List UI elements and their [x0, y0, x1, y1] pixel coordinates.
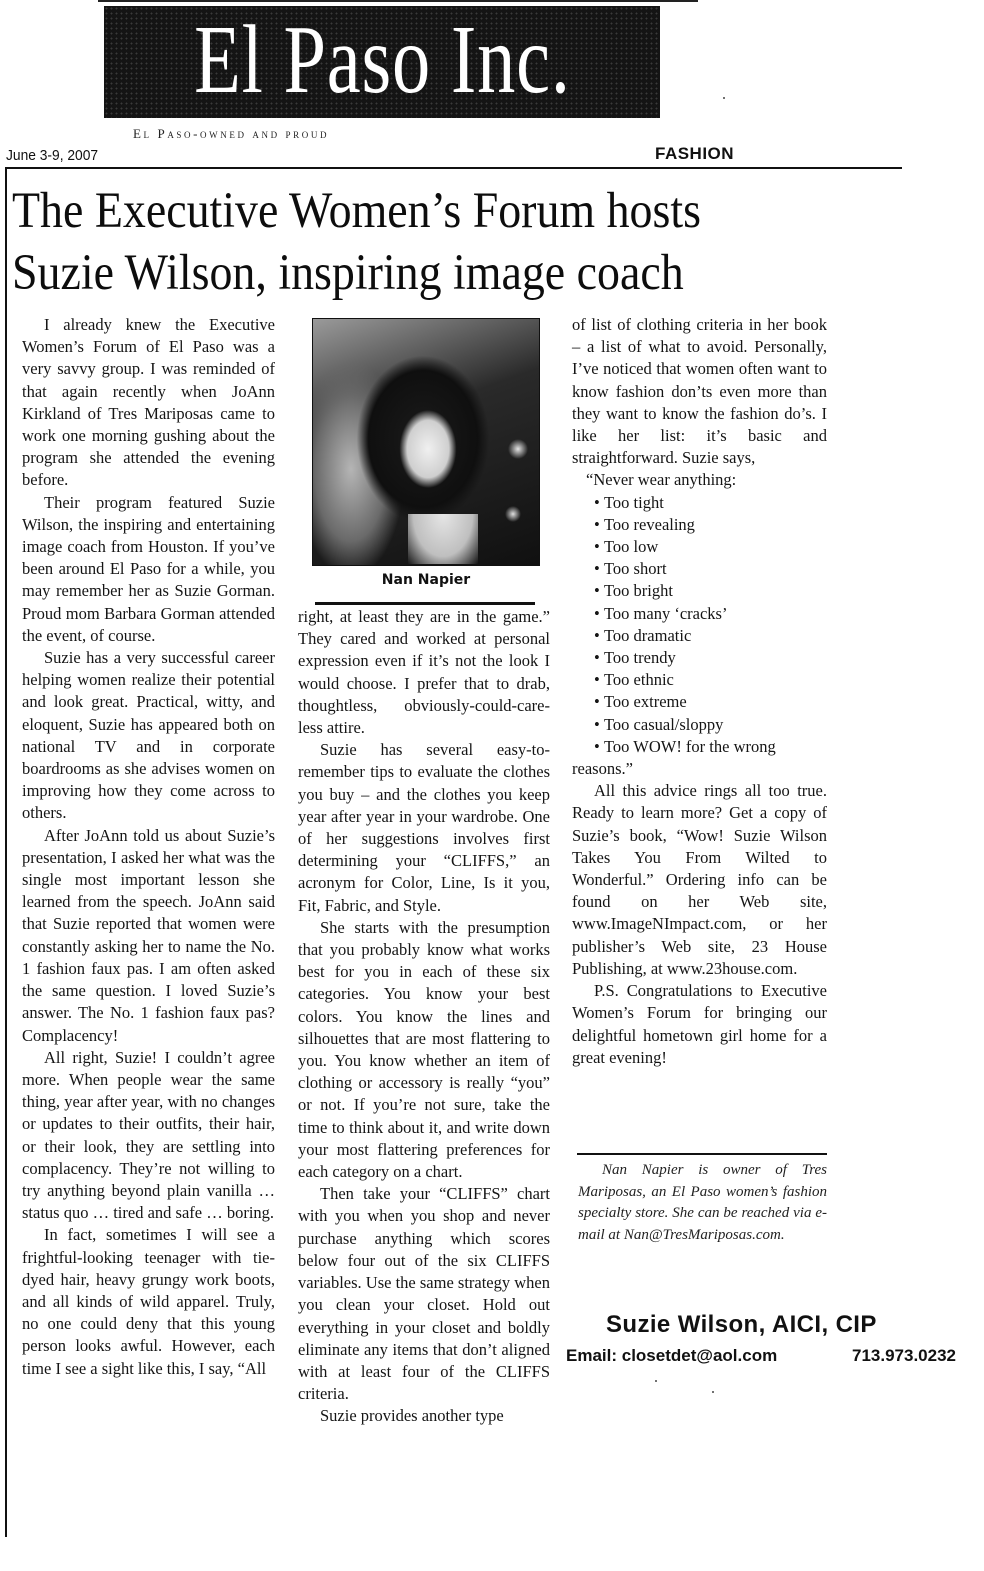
list-item: •Too extreme: [572, 691, 827, 713]
bullet-icon: •: [594, 492, 604, 514]
paragraph: I already knew the Executive Women’s For…: [22, 314, 275, 492]
headline-line-1: The Executive Women’s Forum hosts: [12, 180, 786, 242]
list-item: •Too many ‘cracks’: [572, 603, 827, 625]
paragraph: Suzie has several easy-to-remember tips …: [298, 739, 550, 917]
list-item: •Too low: [572, 536, 827, 558]
list-item: •Too WOW! for the wrong: [572, 736, 827, 758]
paragraph: Suzie provides another type: [298, 1405, 550, 1427]
list-intro: “Never wear anything:: [572, 469, 827, 491]
article-frame-top: [5, 167, 902, 169]
bio-rule: [577, 1153, 827, 1155]
list-item: •Too trendy: [572, 647, 827, 669]
never-wear-list: •Too tight •Too revealing •Too low •Too …: [572, 492, 827, 758]
photo-caption: Nan Napier: [312, 572, 540, 588]
section-label: FASHION: [655, 144, 734, 164]
paragraph: Suzie has a very successful career helpi…: [22, 647, 275, 825]
scan-speck: [712, 1391, 714, 1393]
list-item: •Too casual/sloppy: [572, 714, 827, 736]
paragraph-continuation: of list of clothing criteria in her book…: [572, 314, 827, 469]
list-item: •Too bright: [572, 580, 827, 602]
bullet-icon: •: [594, 736, 604, 758]
bullet-icon: •: [594, 647, 604, 669]
headline-line-2: Suzie Wilson, inspiring image coach: [12, 242, 786, 304]
author-photo: [312, 318, 540, 566]
bullet-icon: •: [594, 691, 604, 713]
contact-name: Suzie Wilson, AICI, CIP: [606, 1311, 877, 1339]
masthead-banner: El Paso Inc.: [104, 6, 660, 118]
article-frame-left: [5, 167, 7, 1537]
paragraph: P.S. Congratulations to Executive Women’…: [572, 980, 827, 1069]
article-headline: The Executive Women’s Forum hosts Suzie …: [12, 180, 786, 304]
paragraph: All right, Suzie! I couldn’t agree more.…: [22, 1047, 275, 1225]
list-item: •Too revealing: [572, 514, 827, 536]
contact-email: Email: closetdet@aol.com: [566, 1346, 777, 1366]
list-item: •Too ethnic: [572, 669, 827, 691]
paragraph: In fact, sometimes I will see a frightfu…: [22, 1224, 275, 1379]
bullet-icon: •: [594, 558, 604, 580]
bullet-icon: •: [594, 536, 604, 558]
bullet-icon: •: [594, 714, 604, 736]
masthead-tagline: El Paso-owned and proud: [133, 126, 329, 142]
article-column-3: of list of clothing criteria in her book…: [572, 314, 827, 1069]
top-rule: [98, 0, 698, 2]
masthead-title: El Paso Inc.: [194, 11, 571, 109]
issue-date: June 3-9, 2007: [6, 147, 98, 164]
bullet-icon: •: [594, 603, 604, 625]
bullet-icon: •: [594, 580, 604, 602]
article-column-2: right, at least they are in the game.” T…: [298, 606, 550, 1428]
contact-phone: 713.973.0232: [852, 1346, 956, 1366]
paragraph: She starts with the presump­tion that yo…: [298, 917, 550, 1183]
article-column-1: I already knew the Executive Women’s For…: [22, 314, 275, 1380]
paragraph: All this advice rings all too true. Read…: [572, 780, 827, 980]
bullet-icon: •: [594, 669, 604, 691]
bullet-icon: •: [594, 514, 604, 536]
paragraph: After JoAnn told us about Suzie’s presen…: [22, 825, 275, 1047]
list-item: •Too tight: [572, 492, 827, 514]
author-photo-block: Nan Napier: [312, 318, 540, 566]
paragraph: Their program featured Suzie Wilson, the…: [22, 492, 275, 647]
list-item-end: reasons.”: [572, 758, 827, 780]
author-bio: Nan Napier is owner of Tres Mariposas, a…: [578, 1160, 827, 1246]
scan-speck: [655, 1380, 657, 1382]
scan-speck: [723, 97, 725, 99]
paragraph: Then take your “CLIFFS” chart with you w…: [298, 1183, 550, 1405]
photo-caption-rule: [315, 602, 535, 605]
list-item: •Too dramatic: [572, 625, 827, 647]
bullet-icon: •: [594, 625, 604, 647]
paragraph-continuation: right, at least they are in the game.” T…: [298, 606, 550, 739]
list-item: •Too short: [572, 558, 827, 580]
